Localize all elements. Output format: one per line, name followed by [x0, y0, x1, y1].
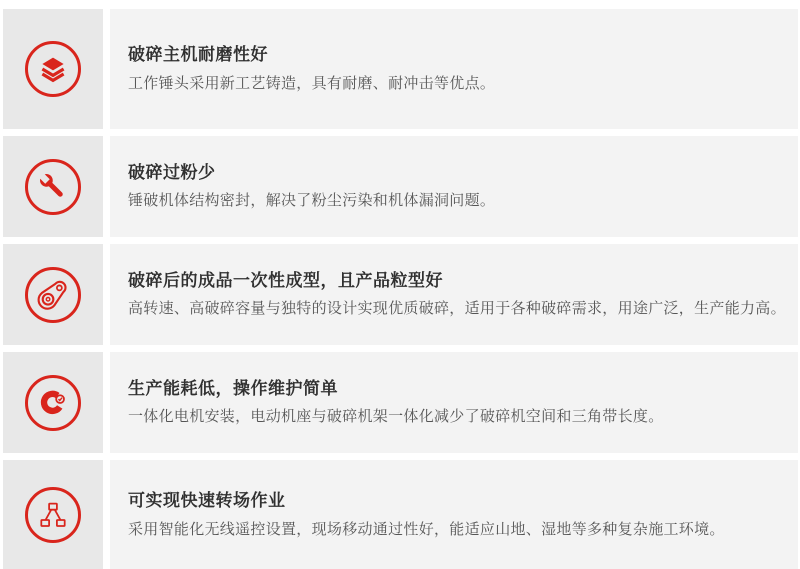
- feature-content: 破碎后的成品一次性成型，且产品粒型好 高转速、高破碎容量与独特的设计实现优质破碎…: [110, 244, 798, 345]
- feature-row: 破碎后的成品一次性成型，且产品粒型好 高转速、高破碎容量与独特的设计实现优质破碎…: [3, 244, 798, 345]
- feature-content: 破碎过粉少 锤破机体结构密封，解决了粉尘污染和机体漏洞问题。: [110, 136, 798, 237]
- feature-title: 破碎后的成品一次性成型，且产品粒型好: [128, 271, 792, 291]
- feature-row: 破碎过粉少 锤破机体结构密封，解决了粉尘污染和机体漏洞问题。: [3, 136, 798, 237]
- feature-title: 破碎过粉少: [128, 163, 792, 183]
- feature-icon-box: [3, 460, 103, 569]
- belt-pulley-icon: [25, 267, 81, 323]
- feature-content: 生产能耗低，操作维护简单 一体化电机安装，电动机座与破碎机架一体化减少了破碎机空…: [110, 352, 798, 453]
- feature-desc: 锤破机体结构密封，解决了粉尘污染和机体漏洞问题。: [128, 192, 792, 210]
- feature-icon-box: [3, 352, 103, 453]
- feature-icon-box: [3, 9, 103, 129]
- feature-title: 破碎主机耐磨性好: [128, 45, 792, 65]
- wrench-icon: [25, 159, 81, 215]
- feature-desc: 采用智能化无线遥控设置，现场移动通过性好，能适应山地、湿地等多种复杂施工环境。: [128, 521, 792, 539]
- feature-title: 可实现快速转场作业: [128, 491, 792, 511]
- feature-icon-box: [3, 244, 103, 345]
- feature-row: 可实现快速转场作业 采用智能化无线遥控设置，现场移动通过性好，能适应山地、湿地等…: [3, 460, 798, 569]
- feature-desc: 工作锤头采用新工艺铸造，具有耐磨、耐冲击等优点。: [128, 75, 792, 93]
- feature-title: 生产能耗低，操作维护简单: [128, 379, 792, 399]
- feature-row: 生产能耗低，操作维护简单 一体化电机安装，电动机座与破碎机架一体化减少了破碎机空…: [3, 352, 798, 453]
- feature-list-section: 破碎主机耐磨性好 工作锤头采用新工艺铸造，具有耐磨、耐冲击等优点。 破碎过粉少 …: [0, 0, 800, 569]
- feature-icon-box: [3, 136, 103, 237]
- sitemap-icon: [25, 487, 81, 543]
- feature-desc: 高转速、高破碎容量与独特的设计实现优质破碎，适用于各种破碎需求，用途广泛，生产能…: [128, 300, 792, 318]
- rotor-energy-icon: [25, 375, 81, 431]
- layers-icon: [25, 41, 81, 97]
- feature-desc: 一体化电机安装，电动机座与破碎机架一体化减少了破碎机空间和三角带长度。: [128, 408, 792, 426]
- feature-row: 破碎主机耐磨性好 工作锤头采用新工艺铸造，具有耐磨、耐冲击等优点。: [3, 9, 798, 129]
- feature-content: 破碎主机耐磨性好 工作锤头采用新工艺铸造，具有耐磨、耐冲击等优点。: [110, 9, 798, 129]
- feature-content: 可实现快速转场作业 采用智能化无线遥控设置，现场移动通过性好，能适应山地、湿地等…: [110, 460, 798, 569]
